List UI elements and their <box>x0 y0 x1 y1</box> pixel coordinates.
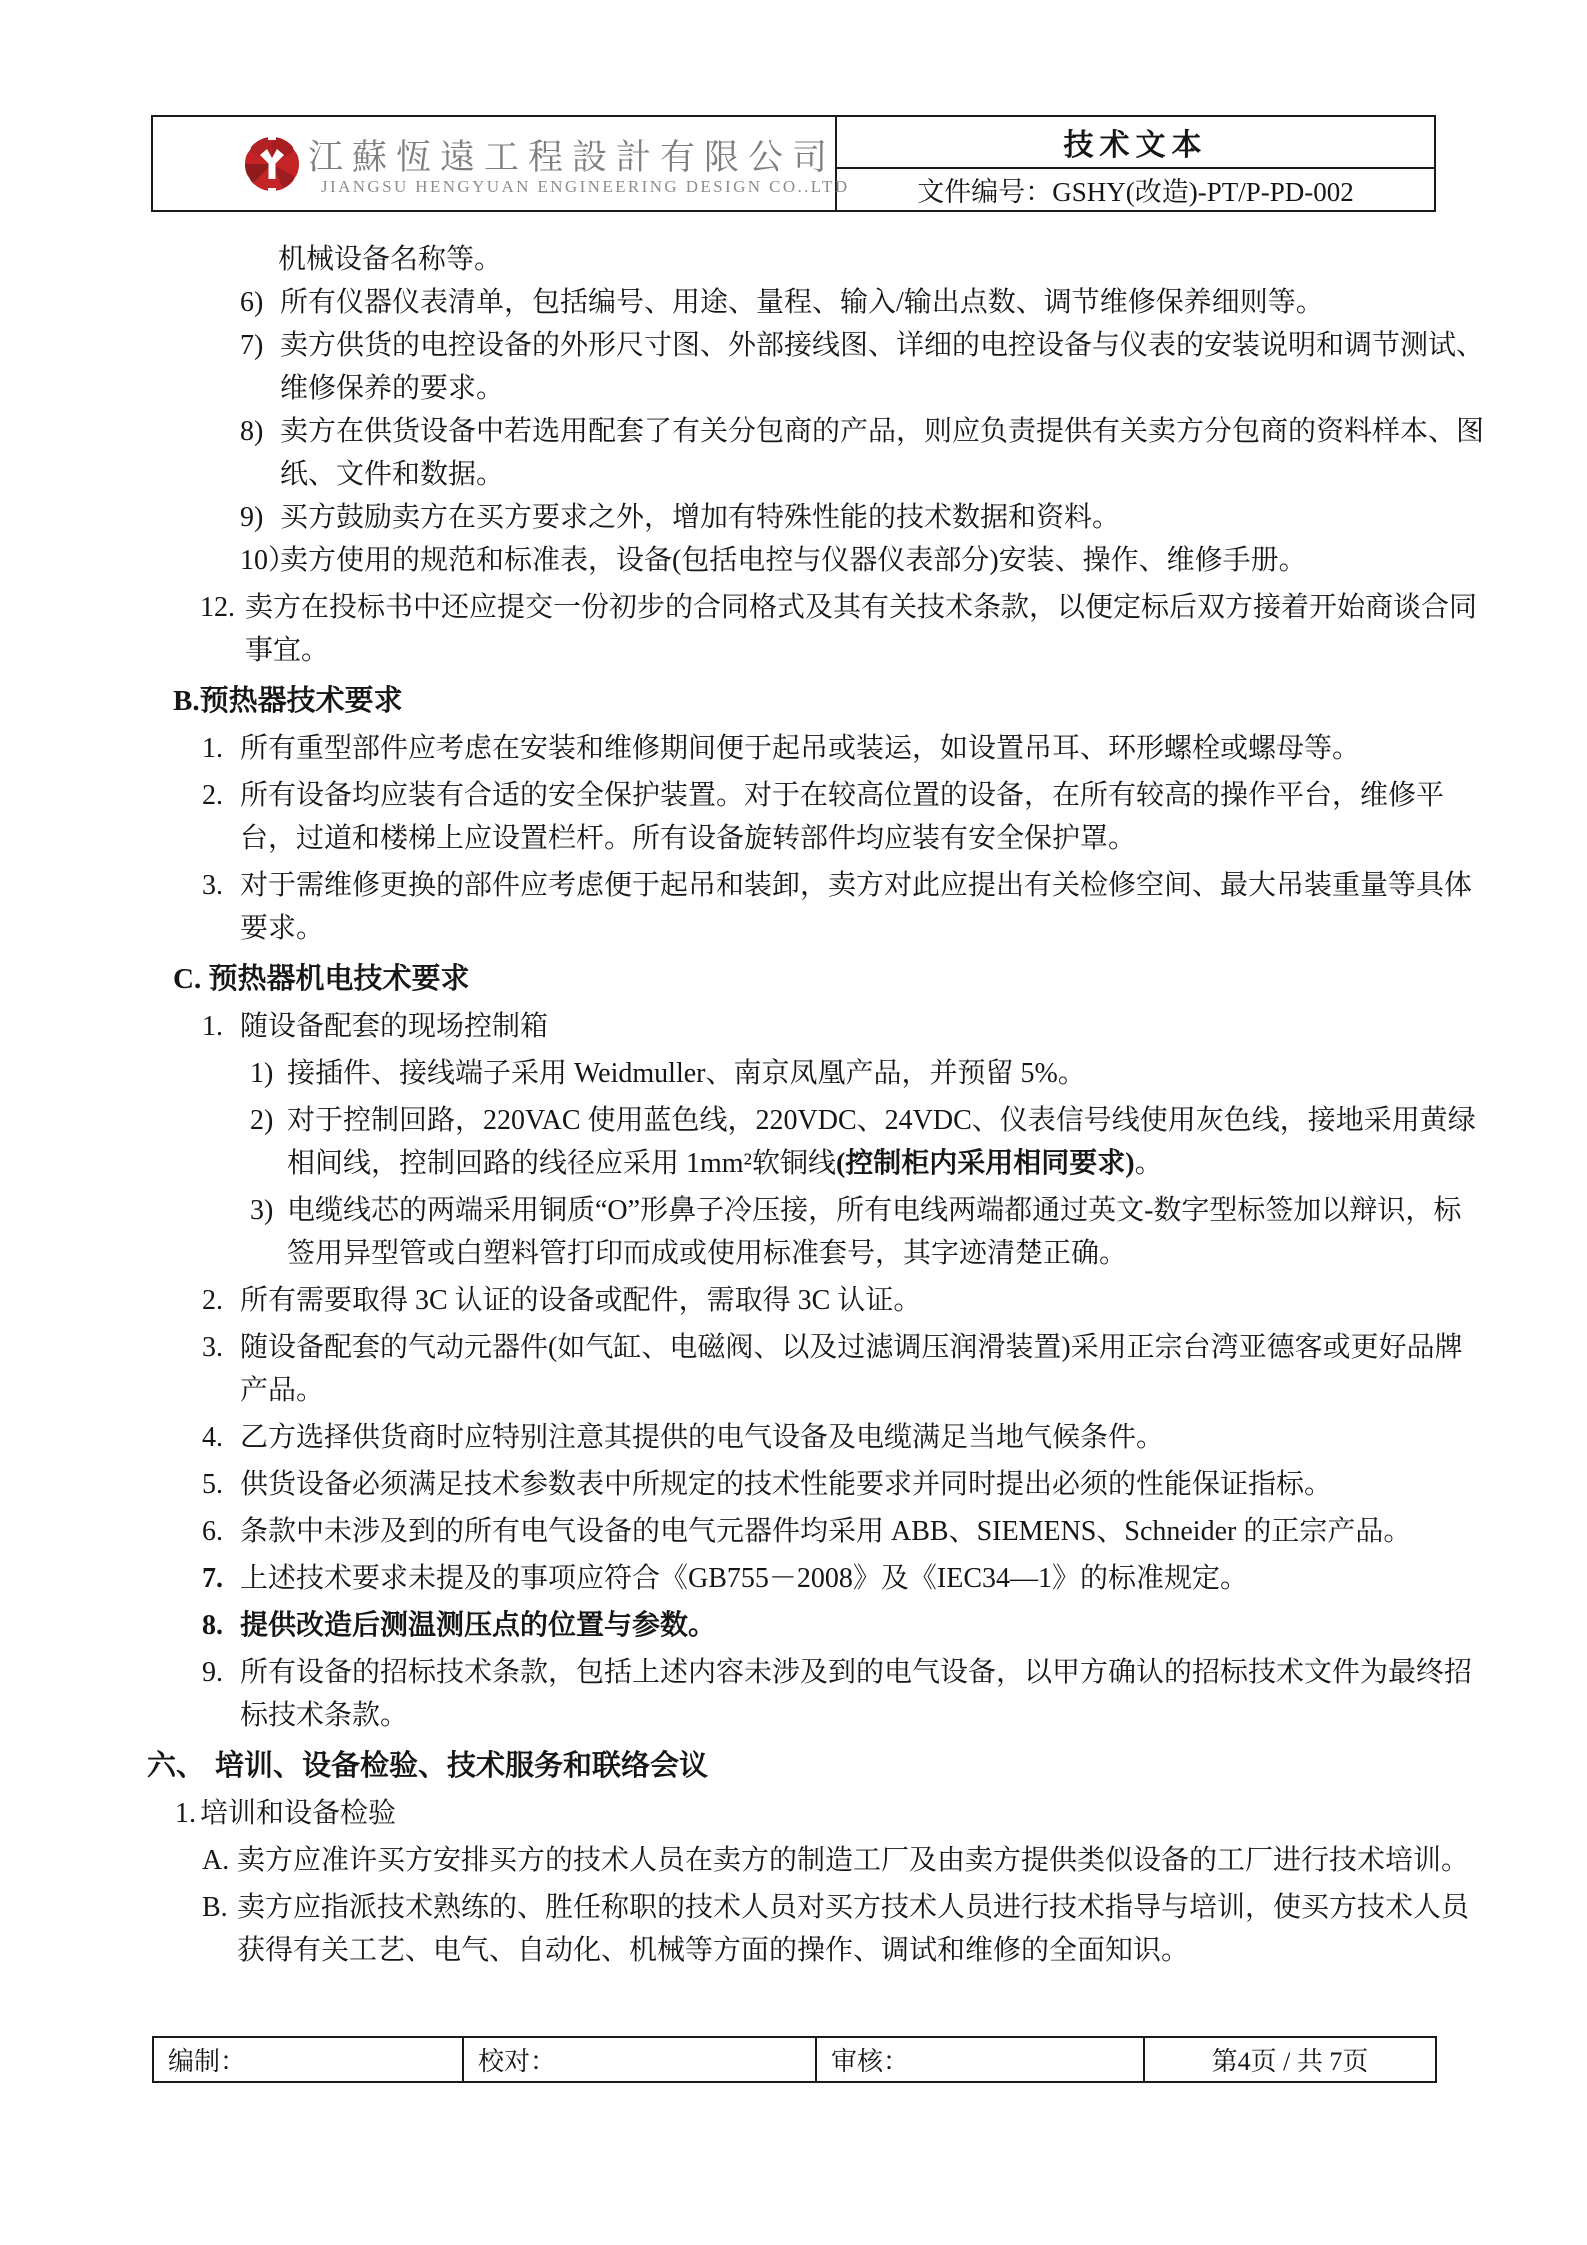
paragraph: 8)卖方在供货设备中若选用配套了有关分包商的产品，则应负责提供有关卖方分包商的资… <box>0 410 1587 496</box>
paragraph: 1)接插件、接线端子采用 Weidmuller、南京凤凰产品，并预留 5%。 <box>0 1052 1587 1095</box>
header-title-cell: 技术文本 文件编号：GSHY(改造)-PT/P-PD-002 <box>837 117 1434 210</box>
header-table: 江蘇恆遠工程設計有限公司 JIANGSU HENGYUAN ENGINEERIN… <box>151 115 1436 212</box>
paragraph: 5.供货设备必须满足技术参数表中所规定的技术性能要求并同时提出必须的性能保证指标… <box>0 1463 1587 1506</box>
paragraph: 6.条款中未涉及到的所有电气设备的电气元器件均采用 ABB、SIEMENS、Sc… <box>0 1510 1587 1553</box>
list-marker: 2. <box>202 774 223 817</box>
paragraph: 1.所有重型部件应考虑在安装和维修期间便于起吊或装运，如设置吊耳、环形螺栓或螺母… <box>0 727 1587 770</box>
paragraph: 4.乙方选择供货商时应特别注意其提供的电气设备及电缆满足当地气候条件。 <box>0 1416 1587 1459</box>
text-segment: 买方鼓励卖方在买方要求之外，增加有特殊性能的技术数据和资料。 <box>280 502 1120 533</box>
company-name-cn: 江蘇恆遠工程設計有限公司 <box>308 130 836 180</box>
list-marker: 2) <box>250 1099 273 1142</box>
text-segment: 所有需要取得 3C 认证的设备或配件，需取得 3C 认证。 <box>240 1285 921 1316</box>
text-segment: 电缆线芯的两端采用铜质“O”形鼻子冷压接，所有电线两端都通过英文-数字型标签加以… <box>287 1195 1461 1269</box>
company-logo-icon <box>241 133 303 195</box>
list-marker: 8) <box>240 410 263 453</box>
document-page: 江蘇恆遠工程設計有限公司 JIANGSU HENGYUAN ENGINEERIN… <box>0 0 1587 2245</box>
paragraph: 2.所有需要取得 3C 认证的设备或配件，需取得 3C 认证。 <box>0 1279 1587 1322</box>
text-segment: 所有重型部件应考虑在安装和维修期间便于起吊或装运，如设置吊耳、环形螺栓或螺母等。 <box>240 733 1360 764</box>
text-segment: 供货设备必须满足技术参数表中所规定的技术性能要求并同时提出必须的性能保证指标。 <box>240 1469 1332 1500</box>
doc-number: 文件编号：GSHY(改造)-PT/P-PD-002 <box>837 169 1434 210</box>
list-marker: 1. <box>175 1792 196 1835</box>
text-segment: 所有设备均应装有合适的安全保护装置。对于在较高位置的设备，在所有较高的操作平台，… <box>240 780 1444 854</box>
paragraph: 3)电缆线芯的两端采用铜质“O”形鼻子冷压接，所有电线两端都通过英文-数字型标签… <box>0 1189 1587 1275</box>
text-segment: 条款中未涉及到的所有电气设备的电气元器件均采用 ABB、SIEMENS、Schn… <box>240 1516 1411 1547</box>
section-heading: C. 预热器机电技术要求 <box>0 958 1587 1001</box>
list-marker: B. <box>202 1886 228 1929</box>
section-heading: 六、培训、设备检验、技术服务和联络会议 <box>0 1745 1587 1788</box>
list-marker: 3) <box>250 1189 273 1232</box>
paragraph: B.卖方应指派技术熟练的、胜任称职的技术人员对买方技术人员进行技术指导与培训，使… <box>0 1886 1587 1972</box>
doc-type-title: 技术文本 <box>837 117 1434 169</box>
paragraph: 2)对于控制回路，220VAC 使用蓝色线，220VDC、24VDC、仪表信号线… <box>0 1099 1587 1185</box>
paragraph: 9.所有设备的招标技术条款，包括上述内容未涉及到的电气设备，以甲方确认的招标技术… <box>0 1651 1587 1737</box>
company-name-en: JIANGSU HENGYUAN ENGINEERING DESIGN CO..… <box>321 177 850 197</box>
text-segment: 培训和设备检验 <box>200 1798 396 1829</box>
paragraph: 6)所有仪器仪表清单，包括编号、用途、量程、输入/输出点数、调节维修保养细则等。 <box>0 281 1587 324</box>
list-marker: A. <box>202 1839 229 1882</box>
paragraph: 8.提供改造后测温测压点的位置与参数。 <box>0 1604 1587 1647</box>
paragraph: 10）卖方使用的规范和标准表，设备(包括电控与仪器仪表部分)安装、操作、维修手册… <box>0 539 1587 582</box>
header-logo-cell: 江蘇恆遠工程設計有限公司 JIANGSU HENGYUAN ENGINEERIN… <box>153 117 837 210</box>
text-segment: 提供改造后测温测压点的位置与参数。 <box>240 1610 716 1641</box>
paragraph: 3.随设备配套的气动元器件(如气缸、电磁阀、以及过滤调压润滑装置)采用正宗台湾亚… <box>0 1326 1587 1412</box>
paragraph: 1.培训和设备检验 <box>0 1792 1587 1835</box>
text-segment: B.预热器技术要求 <box>173 685 403 717</box>
text-segment: 卖方在供货设备中若选用配套了有关分包商的产品，则应负责提供有关卖方分包商的资料样… <box>280 416 1484 490</box>
list-marker: 6) <box>240 281 263 324</box>
text-segment: 所有设备的招标技术条款，包括上述内容未涉及到的电气设备，以甲方确认的招标技术文件… <box>240 1657 1472 1731</box>
footer-cell-checked-by: 校对： <box>464 2038 817 2081</box>
text-segment: 随设备配套的气动元器件(如气缸、电磁阀、以及过滤调压润滑装置)采用正宗台湾亚德客… <box>240 1332 1463 1406</box>
text-segment: 机械设备名称等。 <box>278 244 502 275</box>
paragraph: 12.卖方在投标书中还应提交一份初步的合同格式及其有关技术条款，以便定标后双方接… <box>0 586 1587 672</box>
text-segment: 培训、设备检验、技术服务和联络会议 <box>215 1750 708 1782</box>
paragraph: 9)买方鼓励卖方在买方要求之外，增加有特殊性能的技术数据和资料。 <box>0 496 1587 539</box>
paragraph: 3.对于需维修更换的部件应考虑便于起吊和装卸，卖方对此应提出有关检修空间、最大吊… <box>0 864 1587 950</box>
list-marker: 6. <box>202 1510 223 1553</box>
text-segment: 上述技术要求未提及的事项应符合《GB755－2008》及《IEC34—1》的标准… <box>240 1563 1248 1594</box>
text-segment: 随设备配套的现场控制箱 <box>240 1011 548 1042</box>
list-marker: 7) <box>240 324 263 367</box>
text-segment: C. 预热器机电技术要求 <box>173 963 469 995</box>
footer-cell-prepared-by: 编制： <box>154 2038 464 2081</box>
text-segment: 。 <box>1135 1148 1163 1179</box>
text-segment: 卖方应指派技术熟练的、胜任称职的技术人员对买方技术人员进行技术指导与培训，使买方… <box>237 1892 1469 1966</box>
paragraph: 7)卖方供货的电控设备的外形尺寸图、外部接线图、详细的电控设备与仪表的安装说明和… <box>0 324 1587 410</box>
list-marker: 10） <box>240 539 296 582</box>
list-marker: 5. <box>202 1463 223 1506</box>
section-heading: B.预热器技术要求 <box>0 680 1587 723</box>
document-body: 机械设备名称等。6)所有仪器仪表清单，包括编号、用途、量程、输入/输出点数、调节… <box>0 238 1587 1972</box>
paragraph: 7.上述技术要求未提及的事项应符合《GB755－2008》及《IEC34—1》的… <box>0 1557 1587 1600</box>
list-marker: 7. <box>202 1557 223 1600</box>
list-marker: 3. <box>202 864 223 907</box>
list-marker: 1. <box>202 727 223 770</box>
list-marker: 9. <box>202 1651 223 1694</box>
text-segment: (控制柜内采用相同要求) <box>836 1148 1135 1179</box>
list-marker: 8. <box>202 1604 223 1647</box>
text-segment: 接插件、接线端子采用 Weidmuller、南京凤凰产品，并预留 5%。 <box>287 1058 1086 1089</box>
text-segment: 对于需维修更换的部件应考虑便于起吊和装卸，卖方对此应提出有关检修空间、最大吊装重… <box>240 870 1472 944</box>
text-segment: 卖方供货的电控设备的外形尺寸图、外部接线图、详细的电控设备与仪表的安装说明和调节… <box>280 330 1484 404</box>
list-marker: 3. <box>202 1326 223 1369</box>
text-segment: 卖方在投标书中还应提交一份初步的合同格式及其有关技术条款，以便定标后双方接着开始… <box>245 592 1477 666</box>
footer-cell-reviewed-by: 审核： <box>817 2038 1145 2081</box>
paragraph: A.卖方应准许买方安排买方的技术人员在卖方的制造工厂及由卖方提供类似设备的工厂进… <box>0 1839 1587 1882</box>
list-marker: 9) <box>240 496 263 539</box>
text-segment: 所有仪器仪表清单，包括编号、用途、量程、输入/输出点数、调节维修保养细则等。 <box>280 287 1324 318</box>
text-segment: 乙方选择供货商时应特别注意其提供的电气设备及电缆满足当地气候条件。 <box>240 1422 1164 1453</box>
text-segment: 卖方使用的规范和标准表，设备(包括电控与仪器仪表部分)安装、操作、维修手册。 <box>280 545 1307 576</box>
list-marker: 12. <box>200 586 235 629</box>
list-marker: 1. <box>202 1005 223 1048</box>
list-marker: 1) <box>250 1052 273 1095</box>
list-marker: 2. <box>202 1279 223 1322</box>
text-segment: 卖方应准许买方安排买方的技术人员在卖方的制造工厂及由卖方提供类似设备的工厂进行技… <box>237 1845 1469 1876</box>
list-marker: 六、 <box>147 1745 205 1788</box>
list-marker: 4. <box>202 1416 223 1459</box>
paragraph: 1.随设备配套的现场控制箱 <box>0 1005 1587 1048</box>
page-indicator: 第4页 / 共 7页 <box>1145 2038 1435 2081</box>
footer-table: 编制： 校对： 审核： 第4页 / 共 7页 <box>152 2036 1437 2083</box>
paragraph: 机械设备名称等。 <box>0 238 1587 281</box>
paragraph: 2.所有设备均应装有合适的安全保护装置。对于在较高位置的设备，在所有较高的操作平… <box>0 774 1587 860</box>
